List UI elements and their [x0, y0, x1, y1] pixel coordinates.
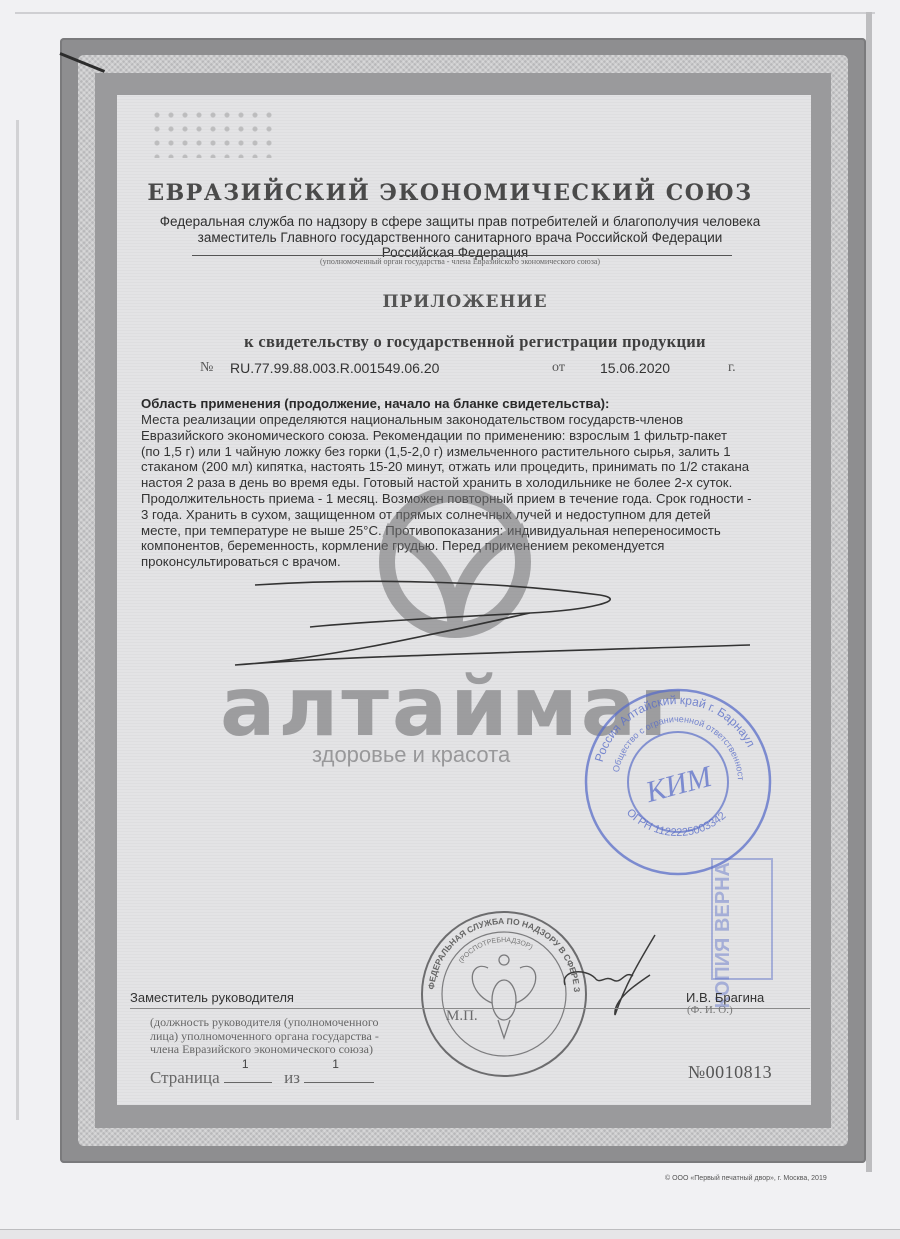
- year-suffix: г.: [728, 360, 736, 376]
- stamp-center-logo: КИМ: [641, 759, 717, 809]
- watermark-tagline: здоровье и красота: [312, 742, 510, 768]
- annex-title: ПРИЛОЖЕНИЕ: [0, 292, 900, 312]
- svg-text:(РОСПОТРЕБНАДЗОР): (РОСПОТРЕБНАДЗОР): [458, 937, 534, 965]
- seal-mp-mark: М.П.: [446, 1008, 478, 1024]
- scope-title: Область применения (продолжение, начало …: [141, 396, 609, 411]
- of-label: из: [284, 1068, 300, 1087]
- official-signature: [555, 930, 675, 1020]
- page-current-field: 1: [224, 1068, 272, 1083]
- registration-date: 15.06.2020: [600, 360, 670, 376]
- number-label: №: [200, 360, 213, 376]
- company-seal-stamp: Россия Алтайский край г. Барнаул Обществ…: [578, 682, 778, 882]
- agency-name: Федеральная служба по надзору в сфере за…: [0, 214, 900, 229]
- position-caption-line: члена Евразийского экономического союза): [150, 1043, 379, 1057]
- signer-position: Заместитель руководителя: [130, 990, 294, 1005]
- copy-certified-text: КОПИЯ ВЕРНА: [712, 862, 768, 1008]
- scope-line: стаканом (200 мл) кипятка, настоять 15-2…: [141, 459, 813, 475]
- scope-line: настоя 2 раза в день во время еды. Готов…: [141, 475, 813, 491]
- svg-text:ОГРН 1122225003342: ОГРН 1122225003342: [624, 807, 728, 839]
- position-caption: (должность руководителя (уполномоченного…: [150, 1016, 379, 1057]
- printer-imprint: © ООО «Первый печатный двор», г. Москва,…: [665, 1175, 827, 1182]
- signature-scribble: [230, 565, 750, 675]
- union-title: ЕВРАЗИЙСКИЙ ЭКОНОМИЧЕСКИЙ СОЮЗ: [0, 180, 900, 206]
- annex-subtitle: к свидетельству о государственной регист…: [0, 332, 900, 352]
- registration-number: RU.77.99.88.003.R.001549.06.20: [230, 360, 439, 376]
- page-current: 1: [242, 1057, 249, 1071]
- scope-line: (по 1,5 г) или 1 чайную ложку без горки …: [141, 444, 813, 460]
- page-label: Страница: [150, 1068, 220, 1087]
- date-label: от: [552, 360, 565, 376]
- seal-sub-text: (РОСПОТРЕБНАДЗОР): [458, 937, 534, 965]
- scope-line: Места реализации определяются национальн…: [141, 412, 813, 428]
- stamp-ring-bottom: ОГРН 1122225003342: [624, 807, 728, 839]
- form-serial-number: №0010813: [688, 1062, 772, 1083]
- position-caption-line: лица) уполномоченного органа государства…: [150, 1030, 379, 1044]
- signer-name: И.В. Брагина: [686, 990, 764, 1005]
- authority-caption: (уполномоченный орган государства - член…: [0, 257, 900, 266]
- fio-caption: (Ф. И. О.): [687, 1004, 733, 1016]
- double-headed-eagle-icon: [472, 955, 535, 1038]
- header-rule: [192, 255, 732, 256]
- page-total: 1: [332, 1057, 339, 1071]
- position-caption-line: (должность руководителя (уполномоченного: [150, 1016, 379, 1030]
- page-counter: Страница 1 из 1: [150, 1068, 374, 1088]
- official-title: заместитель Главного государственного са…: [0, 230, 900, 245]
- certificate-annex-document: ЕВРАЗИЙСКИЙ ЭКОНОМИЧЕСКИЙ СОЮЗ Федеральн…: [0, 0, 900, 1239]
- page-total-field: 1: [304, 1068, 374, 1083]
- scope-line: Евразийского экономического союза. Реком…: [141, 428, 813, 444]
